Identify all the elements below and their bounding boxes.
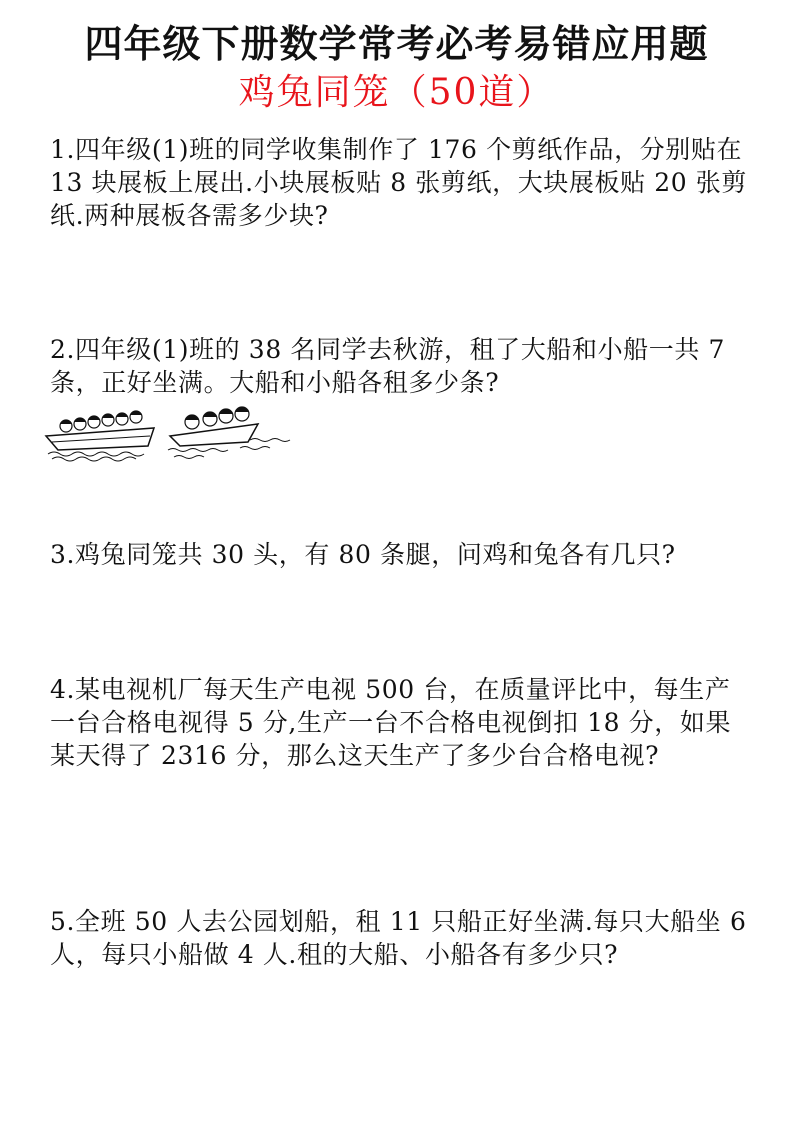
boats-illustration bbox=[44, 402, 300, 464]
boat-icon bbox=[44, 402, 300, 464]
page-title: 四年级下册数学常考必考易错应用题 bbox=[0, 20, 793, 68]
question-1: 1.四年级(1)班的同学收集制作了 176 个剪纸作品，分别贴在 13 块展板上… bbox=[50, 133, 755, 232]
question-2: 2.四年级(1)班的 38 名同学去秋游，租了大船和小船一共 7 条，正好坐满。… bbox=[50, 333, 755, 399]
page-subtitle: 鸡兔同笼（50道） bbox=[0, 70, 793, 116]
question-3: 3.鸡兔同笼共 30 头，有 80 条腿，问鸡和兔各有几只? bbox=[50, 538, 755, 571]
question-5: 5.全班 50 人去公园划船，租 11 只船正好坐满.每只大船坐 6 人，每只小… bbox=[50, 905, 755, 971]
question-4: 4.某电视机厂每天生产电视 500 台，在质量评比中，每生产一台合格电视得 5 … bbox=[50, 673, 755, 772]
